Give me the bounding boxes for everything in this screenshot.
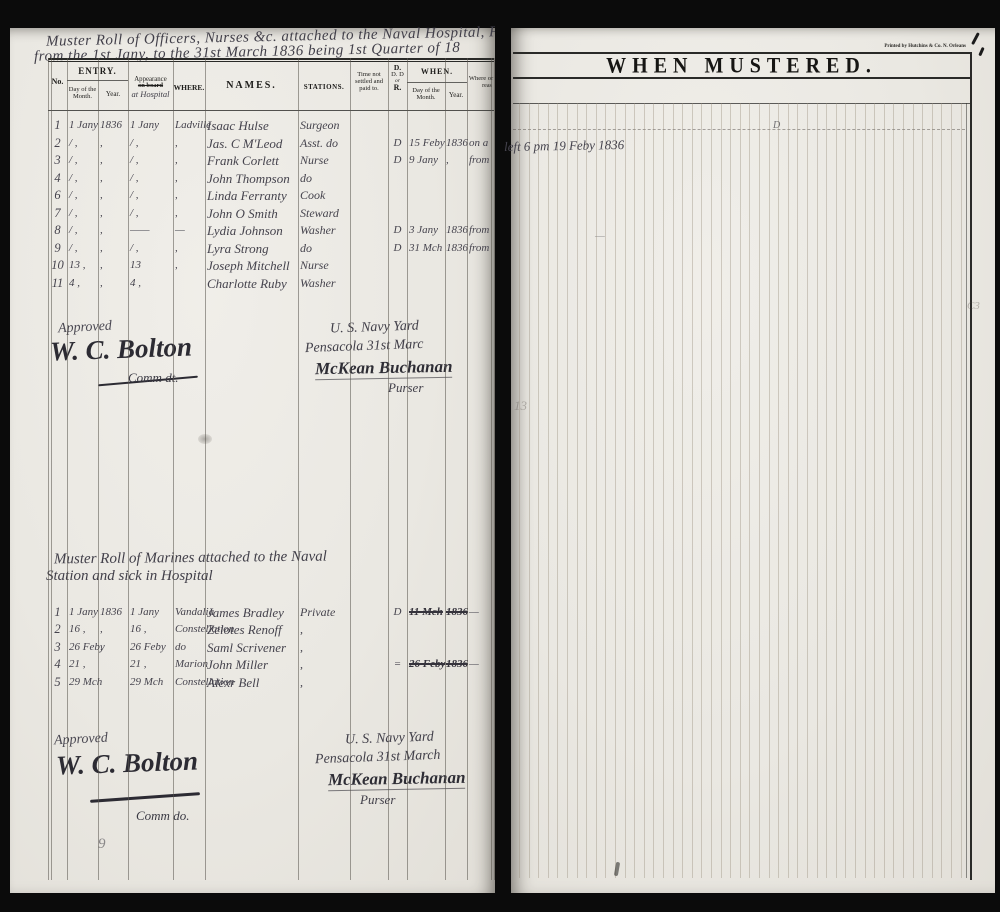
right-page: Printed by Hutchins & Co. N. Orleans WHE…	[511, 28, 995, 893]
muster-rule	[807, 103, 808, 878]
cell-station: Private	[300, 605, 348, 620]
column-rule	[298, 58, 299, 880]
cell-day: / ,	[69, 206, 97, 221]
cell-year: ,	[100, 136, 126, 151]
muster-rule	[817, 103, 818, 878]
muster-rule	[855, 103, 856, 878]
cell-app: / ,	[130, 136, 172, 151]
cell-name: Isaac Hulse	[207, 118, 296, 133]
muster-rule	[653, 103, 654, 878]
cell-day: / ,	[69, 136, 97, 151]
purser-signature-1: McKean Buchanan	[315, 357, 453, 380]
header-ddr: D. D. D or R.	[388, 64, 407, 93]
muster-rule	[913, 103, 914, 878]
cell-app: 1 Jany	[130, 605, 172, 620]
right-frame-right-inner	[966, 103, 967, 878]
muster-rule	[893, 103, 894, 878]
cell-name: Lydia Johnson	[207, 223, 296, 238]
printer-note: Printed by Hutchins & Co. N. Orleans	[841, 44, 966, 49]
muster-rule	[941, 103, 942, 878]
header-appearance: Appearance on board at Hospital	[128, 76, 173, 99]
table-row: 216 ,,16 ,ConstellationZelotes Renoff,	[10, 622, 494, 639]
cell-app: 29 Mch	[130, 675, 172, 690]
cell-year: ,	[100, 171, 126, 186]
cell-app: / ,	[130, 153, 172, 168]
cell-day: 16 ,	[69, 622, 97, 637]
muster-rule	[644, 103, 645, 878]
cell-wday: 9 Jany	[409, 153, 444, 168]
smudge-right-margin: C3	[967, 300, 980, 312]
cell-where: Marion	[175, 657, 204, 672]
cell-where: ,	[175, 206, 204, 221]
navy-yard-line-2: U. S. Navy Yard	[345, 729, 434, 748]
column-rule	[67, 58, 68, 880]
cell-app: / ,	[130, 188, 172, 203]
header-where: WHERE.	[173, 84, 205, 92]
cell-station: do	[300, 241, 348, 256]
cell-d: D	[389, 136, 406, 151]
column-rule	[445, 58, 446, 880]
cell-where: Constellation	[175, 622, 204, 637]
cell-wyear: 1836	[446, 605, 466, 620]
cell-wday: 15 Feby	[409, 136, 444, 151]
cell-app: / ,	[130, 171, 172, 186]
cell-day: 13 ,	[69, 258, 97, 273]
muster-rule	[605, 103, 606, 878]
muster-rule	[577, 103, 578, 878]
muster-rule	[759, 103, 760, 878]
cell-name: Zelotes Renoff	[207, 622, 296, 637]
header-entry-year: Year.	[98, 91, 128, 98]
cell-year: ,	[100, 276, 126, 291]
muster-rule	[529, 103, 530, 878]
muster-rule	[778, 103, 779, 878]
doodle-mark: 9	[98, 836, 106, 853]
pen-tick-2	[978, 47, 984, 56]
cell-app: 16 ,	[130, 622, 172, 637]
smudge-gutter: 13	[514, 398, 527, 414]
muster-rule	[692, 103, 693, 878]
cell-year: 1836	[100, 118, 126, 133]
column-rule	[51, 58, 52, 880]
cell-day: 26 Feby	[69, 640, 97, 655]
cell-name: Alexr Bell	[207, 675, 296, 690]
cell-where: Constellation	[175, 675, 204, 690]
cell-name: Linda Ferranty	[207, 188, 296, 203]
cell-app: 13	[130, 258, 172, 273]
cell-station: Washer	[300, 223, 348, 238]
when-mustered-heading: WHEN MUSTERED.	[511, 54, 972, 80]
commandant-signature-1: W. C. Bolton	[50, 332, 193, 368]
muster-rule	[711, 103, 712, 878]
cell-wday: 26 Feby	[409, 657, 444, 672]
place-date-line-2: Pensacola 31st March	[315, 748, 441, 768]
navy-yard-line-1: U. S. Navy Yard	[330, 318, 419, 337]
column-rule	[128, 58, 129, 880]
cell-wday: 3 Jany	[409, 223, 444, 238]
cell-app: ——	[130, 223, 172, 238]
scan-border-right	[995, 0, 1000, 912]
cell-d: D	[389, 153, 406, 168]
cell-station: ,	[300, 640, 348, 655]
cell-wyear: 1836	[446, 223, 466, 238]
cell-year: 1836	[100, 605, 126, 620]
cell-where: ,	[175, 153, 204, 168]
purser-title-2: Purser	[360, 792, 395, 808]
cell-wyear: 1836	[446, 241, 466, 256]
cell-station: Nurse	[300, 258, 348, 273]
table-row: 421 ,21 ,MarionJohn Miller,=26 Feby1836—	[10, 657, 494, 674]
muster-rule	[586, 103, 587, 878]
cell-day: / ,	[69, 241, 97, 256]
muster-rule	[596, 103, 597, 878]
muster-rule	[730, 103, 731, 878]
cell-wyear: ,	[446, 153, 466, 168]
muster-rule	[557, 103, 558, 878]
ink-mark-bottom	[614, 862, 620, 876]
muster-rule	[932, 103, 933, 878]
cell-year: ,	[100, 223, 126, 238]
cell-name: Saml Scrivener	[207, 640, 296, 655]
cell-name: John Thompson	[207, 171, 296, 186]
cell-where: ,	[175, 258, 204, 273]
muster-rule	[615, 103, 616, 878]
when-split-rule	[407, 82, 467, 83]
header-when: WHEN.	[407, 68, 467, 76]
header-bottom-rule	[48, 110, 494, 111]
column-rule	[350, 58, 351, 880]
cell-station: ,	[300, 657, 348, 672]
muster-rule	[567, 103, 568, 878]
header-when-year: Year.	[445, 92, 467, 99]
muster-rule	[874, 103, 875, 878]
header-entry-day: Day of the Month.	[68, 87, 97, 101]
cell-day: 1 Jany	[69, 118, 97, 133]
purser-title-1: Purser	[388, 380, 423, 396]
header-names: NAMES.	[205, 81, 298, 92]
cell-station: do	[300, 171, 348, 186]
column-rule	[98, 58, 99, 880]
cell-app: / ,	[130, 206, 172, 221]
cell-day: 4 ,	[69, 276, 97, 291]
cell-station: Cook	[300, 188, 348, 203]
marines-title-line1: Muster Roll of Marines attached to the N…	[54, 549, 327, 569]
muster-rule	[634, 103, 635, 878]
cell-wyear: 1836	[446, 657, 466, 672]
column-rule	[407, 58, 408, 880]
muster-rule	[673, 103, 674, 878]
table-top-rule-2	[48, 61, 494, 62]
cell-name: Charlotte Ruby	[207, 276, 296, 291]
cell-d: D	[389, 241, 406, 256]
muster-rule	[884, 103, 885, 878]
table-row: 8/ ,,———Lydia JohnsonWasherD3 Jany1836fr…	[10, 223, 494, 240]
cell-name: James Bradley	[207, 605, 296, 620]
cell-name: Lyra Strong	[207, 241, 296, 256]
cell-name: Jas. C M'Leod	[207, 136, 296, 151]
cell-station: Asst. do	[300, 136, 348, 151]
cell-day: 1 Jany	[69, 605, 97, 620]
muster-rule	[951, 103, 952, 878]
muster-rule	[788, 103, 789, 878]
table-row: 9/ ,,/ ,,Lyra StrongdoD31 Mch1836from	[10, 241, 494, 258]
cell-where: do	[175, 640, 204, 655]
marines-title-line2: Station and sick in Hospital	[46, 568, 213, 585]
cell-where: ,	[175, 136, 204, 151]
muster-annotation: left 6 pm 19 Feby 1836	[504, 137, 624, 155]
cell-wday: 31 Mch	[409, 241, 444, 256]
table-row: 114 ,,4 ,Charlotte RubyWasher	[10, 276, 494, 293]
table-row: 2/ ,,/ ,,Jas. C M'LeodAsst. doD15 Feby18…	[10, 136, 494, 153]
muster-rule	[865, 103, 866, 878]
cell-app: 4 ,	[130, 276, 172, 291]
table-row: 6/ ,,/ ,,Linda FerrantyCook	[10, 188, 494, 205]
cell-year: ,	[100, 153, 126, 168]
cell-day: 29 Mch	[69, 675, 97, 690]
cell-where: ,	[175, 171, 204, 186]
muster-rule	[538, 103, 539, 878]
cell-station: Nurse	[300, 153, 348, 168]
header-appearance-hand: at Hospital	[128, 90, 173, 99]
table-row: 4/ ,,/ ,,John Thompsondo	[10, 171, 494, 188]
cell-d: D	[389, 605, 406, 620]
cell-app: / ,	[130, 241, 172, 256]
muster-rule	[548, 103, 549, 878]
commandant-title-1: Comm dt.	[128, 370, 179, 386]
column-rule	[173, 58, 174, 880]
right-frame-right	[970, 52, 972, 880]
muster-rule	[682, 103, 683, 878]
pen-tick-1	[971, 32, 979, 45]
muster-rule	[903, 103, 904, 878]
cell-station: ,	[300, 675, 348, 690]
header-stations: STATIONS.	[298, 84, 350, 91]
table-row: 11 Jany18361 JanyVandaliaJames BradleyPr…	[10, 605, 494, 622]
table-row: 3/ ,,/ ,,Frank CorlettNurseD9 Jany,from	[10, 153, 494, 170]
cell-where: ,	[175, 188, 204, 203]
table-row: 529 Mch29 MchConstellationAlexr Bell,	[10, 675, 494, 692]
cell-app: 1 Jany	[130, 118, 172, 133]
cell-day: 21 ,	[69, 657, 97, 672]
cell-name: John Miller	[207, 657, 296, 672]
cell-d: =	[389, 657, 406, 672]
cell-year: ,	[100, 206, 126, 221]
header-when-day: Day of the Month.	[408, 88, 444, 102]
cell-d: D	[389, 223, 406, 238]
muster-rule	[625, 103, 626, 878]
cell-year: ,	[100, 622, 126, 637]
column-rule	[48, 58, 49, 880]
muster-rule	[836, 103, 837, 878]
cell-where: —	[175, 223, 204, 238]
table-top-rule	[48, 58, 494, 60]
cell-where: Vandalia	[175, 605, 204, 620]
muster-rule	[721, 103, 722, 878]
table-row: 1013 ,,13,Joseph MitchellNurse	[10, 258, 494, 275]
header-ddr-r: R.	[388, 84, 407, 92]
muster-rule	[749, 103, 750, 878]
column-rule	[467, 58, 468, 880]
muster-rule	[701, 103, 702, 878]
muster-rule	[797, 103, 798, 878]
cell-app: 26 Feby	[130, 640, 172, 655]
cell-day: / ,	[69, 153, 97, 168]
muster-rule	[519, 103, 520, 878]
place-date-line-1: Pensacola 31st Marc	[305, 337, 424, 357]
cell-name: Frank Corlett	[207, 153, 296, 168]
muster-rule	[740, 103, 741, 878]
signature-flourish-2	[90, 792, 200, 802]
header-time-not-settled: Time not settled and paid to.	[351, 72, 387, 92]
table-row: 7/ ,,/ ,,John O SmithSteward	[10, 206, 494, 223]
cell-wday: 11 Mch	[409, 605, 444, 620]
cell-year: ,	[100, 640, 126, 655]
cell-name: Joseph Mitchell	[207, 258, 296, 273]
column-rule	[491, 58, 492, 880]
cell-where: ,	[175, 241, 204, 256]
cell-station: ,	[300, 622, 348, 637]
cell-app: 21 ,	[130, 657, 172, 672]
commandant-title-2: Comm do.	[136, 808, 189, 824]
column-rule	[205, 58, 206, 880]
muster-rule	[845, 103, 846, 878]
cell-day: / ,	[69, 188, 97, 203]
cell-name: John O Smith	[207, 206, 296, 221]
cell-station: Steward	[300, 206, 348, 221]
approved-label-2: Approved	[54, 731, 109, 750]
muster-rule	[961, 103, 962, 878]
cell-wyear: 1836	[446, 136, 466, 151]
scan-border-left	[0, 0, 10, 912]
cell-day: / ,	[69, 223, 97, 238]
book-gutter	[495, 0, 511, 912]
muster-rule	[922, 103, 923, 878]
table-row: 11 Jany18361 JanyLadvilleIsaac HulseSurg…	[10, 118, 494, 135]
left-page: Muster Roll of Officers, Nurses &c. atta…	[10, 28, 495, 893]
cell-station: Washer	[300, 276, 348, 291]
cell-where: Ladville	[175, 118, 204, 133]
muster-rule	[663, 103, 664, 878]
muster-rule	[826, 103, 827, 878]
cell-station: Surgeon	[300, 118, 348, 133]
cell-day: / ,	[69, 171, 97, 186]
cell-year: ,	[100, 241, 126, 256]
table-row: 326 Feby,26 FebydoSaml Scrivener,	[10, 640, 494, 657]
column-rule	[388, 58, 389, 880]
muster-rule	[769, 103, 770, 878]
cell-year: ,	[100, 188, 126, 203]
cell-year: ,	[100, 258, 126, 273]
